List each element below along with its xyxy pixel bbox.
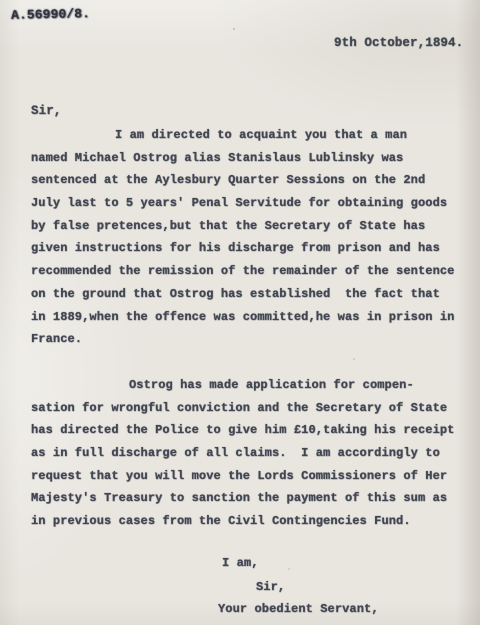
salutation: Sir, <box>31 104 61 118</box>
body-line: Ostrog has made application for compen- <box>31 374 466 397</box>
body-paragraph-2: Ostrog has made application for compen- … <box>31 374 466 533</box>
body-line: request that you will move the Lords Com… <box>31 465 466 488</box>
body-line: as in full discharge of all claims. I am… <box>31 442 466 465</box>
closing-sir: Sir, <box>256 580 285 594</box>
body-line: given instructions for his discharge fro… <box>31 237 466 260</box>
body-line: sentenced at the Aylesbury Quarter Sessi… <box>31 169 466 192</box>
body-line: by false pretences,but that the Secretar… <box>31 215 466 238</box>
body-paragraph-1: I am directed to acquaint you that a man… <box>31 124 466 351</box>
body-line: in previous cases from the Civil Conting… <box>31 510 466 533</box>
body-line: named Michael Ostrog alias Stanislaus Lu… <box>31 147 466 170</box>
body-line: has directed the Police to give him £10,… <box>31 419 466 442</box>
reference-number: A.56990/8. <box>11 6 90 23</box>
body-line: in 1889,when the offence was committed,h… <box>31 306 466 329</box>
body-line: France. <box>31 328 466 351</box>
body-line: sation for wrongful conviction and the S… <box>31 397 466 420</box>
closing-i-am: I am, <box>222 556 259 570</box>
closing-signature-line: Your obedient Servant, <box>218 602 379 616</box>
body-line: July last to 5 years' Penal Servitude fo… <box>31 192 466 215</box>
paper-speckle-decoration <box>233 28 235 30</box>
body-line: Majesty's Treasury to sanction the payme… <box>31 487 466 510</box>
body-line: I am directed to acquaint you that a man <box>31 124 466 147</box>
scanned-letter-page: A.56990/8. 9th October,1894. Sir, I am d… <box>0 0 480 625</box>
body-line: on the ground that Ostrog has establishe… <box>31 283 466 306</box>
body-line: recommended the remission of the remaind… <box>31 260 466 283</box>
letter-date: 9th October,1894. <box>334 36 463 50</box>
